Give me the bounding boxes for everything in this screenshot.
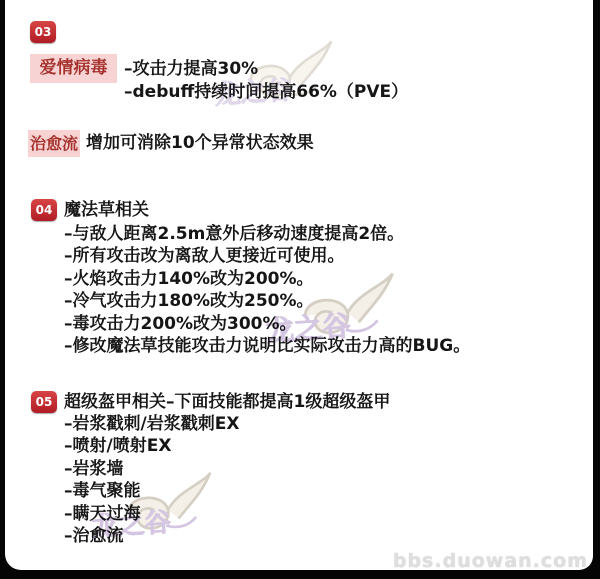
section-05-line: –瞒天过海 [64, 504, 141, 525]
section-05-title: 超级盔甲相关–下面技能都提高1级超级盔甲 [64, 392, 390, 413]
section-number-badge-05: 05 [31, 391, 57, 413]
page: { "panel": { "bg": "#ffffff", "frame_bg"… [0, 0, 600, 579]
section-05-line: –岩浆戳刺/岩浆戳刺EX [64, 414, 239, 435]
love-virus-effect-line: –debuff持续时间提高66%（PVE） [124, 82, 408, 103]
section-04-line: –冷气攻击力180%改为250%。 [64, 291, 314, 312]
section-05-line: –岩浆墙 [64, 459, 124, 480]
skill-label-love-virus: 爱情病毒 [30, 54, 117, 83]
section-number-badge-04: 04 [31, 199, 57, 221]
section-04-line: –所有攻击改为离敌人更接近可使用。 [64, 246, 345, 267]
section-05-line: –治愈流 [64, 526, 124, 547]
love-virus-effect-line: –攻击力提高30% [124, 59, 258, 80]
section-number-badge-03: 03 [30, 21, 56, 43]
section-04-line: –毒攻击力200%改为300%。 [64, 314, 297, 335]
section-04-title: 魔法草相关 [64, 200, 149, 221]
section-04-line: –火焰攻击力140%改为200%。 [64, 269, 314, 290]
section-05-line: –喷射/喷射EX [64, 436, 171, 457]
section-04-line: –修改魔法草技能攻击力说明比实际攻击力高的BUG。 [64, 336, 470, 357]
site-watermark: bbs.duowan.com [393, 550, 588, 572]
section-04-line: –与敌人距离2.5m意外后移动速度提高2倍。 [64, 224, 404, 245]
heal-flow-effect-line: 增加可消除10个异常状态效果 [86, 133, 314, 154]
section-05-line: –毒气聚能 [64, 481, 141, 502]
skill-label-heal-flow: 治愈流 [28, 130, 80, 157]
